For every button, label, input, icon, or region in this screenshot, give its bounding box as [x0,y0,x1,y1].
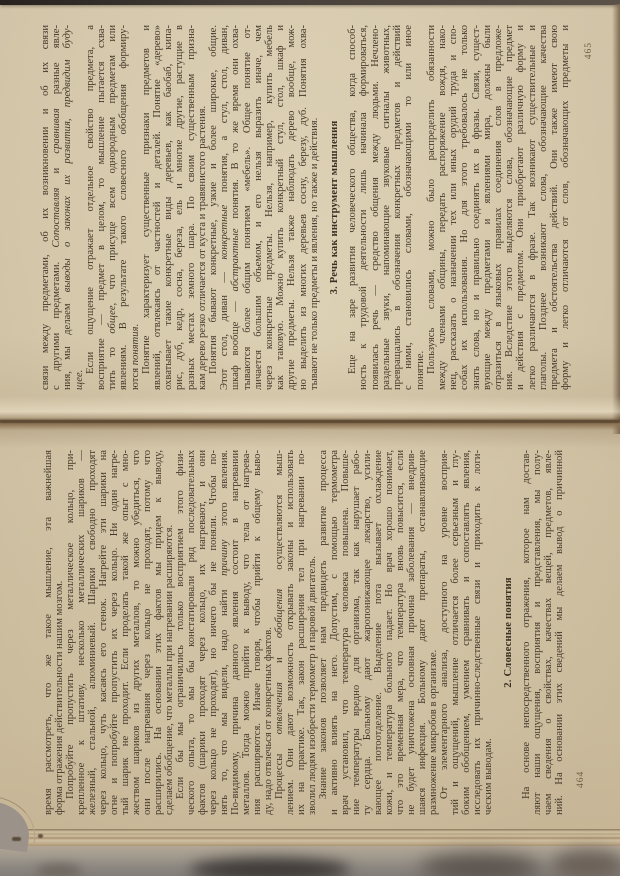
text-line: ние температуры вредно для организма, та… [351,450,362,815]
background-shadow-blob [190,858,350,876]
text-line: Если ощущение отражает отдельное свойств… [85,25,96,390]
text-line: ния расширяются. Иначе говоря, чтобы при… [252,450,263,815]
text-line: восприятие — предмет в целом, то мышлени… [96,25,107,390]
text-line: лением. Они дают возможность открывать з… [285,450,296,815]
text-line: ния. Вследствие этого выделяются слова, … [504,25,515,390]
text-line: нец, рассказать о назначении тех или ины… [448,25,459,390]
section-heading: 3. Речь как инструмент мышления [329,25,340,390]
text-line: ту сердца. Больному дают жаропонижающее … [362,450,373,815]
text-line: форма отражения действительности нашим м… [54,450,65,815]
text-line: предмета и обстоятельства действий. Они … [549,25,560,390]
text-line: металлов. Тогда можно прийти к выводу, ч… [241,450,252,815]
gutter-crease [0,420,620,423]
text-line: огне и попробуйте пропустить их через ко… [109,450,120,815]
background-shadow-blob [36,864,82,876]
text-line: они после нагревания через кольцо не про… [142,450,153,815]
text-line: время рассмотреть, что же такое мышление… [43,450,54,815]
book-photo: время рассмотреть, что же такое мышление… [0,0,620,876]
text-line: тить то общее, что присуще всем однородн… [107,25,118,390]
background-shadow-blob [552,850,620,876]
text-line: форму и легко отличаются от слов, обозна… [560,25,571,390]
text-line: ляют наши ощущения, восприятия и предста… [532,450,543,815]
text-line: крепленное к штативу, несколько металлич… [76,450,87,815]
text-line: явлений, отвлекаясь от частностей и дета… [152,25,163,390]
page-number-464: 464 [576,771,586,788]
text-line: кожи, и температура больного падает. Но … [384,450,395,815]
dirt-speck [38,834,43,838]
text-line: и действия с предметом. Они приобретают … [515,25,526,390]
text-line: размножение микробов в организме. [428,450,439,815]
text-line: ность к трудовой деятельности лишь начин… [358,25,369,390]
text-line: охватывает такие конкретные виды деревье… [163,25,174,390]
text-line: вающее потоотделение. Выделение пота выз… [373,450,384,815]
text-line: с ними, становились словами, обозначающи… [403,25,414,390]
text-line: тывают не только предметы и явления, но … [309,25,320,390]
text-line: рис, дуб, кедр, сосна, береза, ель и мно… [174,25,185,390]
text-line: и активно влиять на него. Допустим, с по… [329,450,340,815]
text-line: тываются более общим понятием «мебель». … [242,25,253,390]
text-line: Процессы отвлечения и обобщения осуществ… [274,450,285,815]
text-line: боким обобщением, умением сравнивать и с… [461,450,472,815]
text-line: отразиться в языковых правилах соединени… [493,25,504,390]
text-line: ческого опыта, то мы бы констатировали р… [186,450,197,815]
background-shadow-blob [420,854,540,876]
page-464-text: время рассмотреть, что же такое мышление… [43,450,565,815]
section-heading: 2. Словесные понятия [503,450,514,815]
text-line: Этот стол, диван — конкретные понятия, а… [219,25,230,390]
page-465-text: связи между предметами, об их возникнове… [40,25,571,390]
text-line: жеством шариков из других металлов, то м… [131,450,142,815]
text-line: ются понятия. [130,25,141,390]
text-line: легко различаются в фразе. Так возникают… [527,25,538,390]
text-line: ний. На основании этих сведений мы делае… [554,450,565,815]
text-line: через кольцо, чуть касаясь его стенок. Н… [98,450,109,815]
text-line: разных местах земного шара. По своим сущ… [186,25,197,390]
text-line: ду, надо отвлечься от конкретных фактов. [263,450,274,815]
text-line: чаем сведения о свойствах, качествах вещ… [543,450,554,815]
text-line: вующие между предметами и явлениями мира… [482,25,493,390]
text-line: через конкретные предметы. Нельзя, напри… [264,25,275,390]
text-line: врач установил, что температура человека… [340,450,351,815]
text-line: их на практике. Так, закон расширения те… [296,450,307,815]
text-line: шаяся инфекция. Больному дают препараты,… [417,450,428,815]
text-line: ческим выводам. [483,450,494,815]
text-line: зволил людям изобрести термометр и паров… [307,450,318,815]
text-line: раздельные звуки, напоминающие звуковые … [381,25,392,390]
text-line: Знание законов позволяет нам предвидеть … [318,450,329,815]
text-line: ния, мы делаем выводы о законах их разви… [62,25,73,390]
text-line: Если бы мы ограничились только восприяти… [175,450,186,815]
text-line: как таковую. Можно купить конкретный сту… [275,25,286,390]
text-line: собах их использования. Но для этого тре… [459,25,470,390]
page-number-465: 465 [584,42,594,120]
text-line: шкаф вообще — абстрактные понятия. В то … [230,25,241,390]
text-line: явлениям. В результате такого словесного… [118,25,129,390]
text-line: Понятие характеризует существенные призн… [141,25,152,390]
text-line: кам дерево резко отличается от куста и т… [197,25,208,390]
text-line: глаголы. Позднее возникают слова, обозна… [538,25,549,390]
text-line: превращались в обозначения конкретных пр… [392,25,403,390]
text-line: щее. [74,25,85,390]
text-line: исследовать их причинно-следственные свя… [472,450,483,815]
text-line: фактов (шарики проходят через кольцо, их… [197,450,208,815]
text-line: Попробуйте пропустить через металлическо… [65,450,76,815]
text-line: нять то, что мы видели, надо найти причи… [219,450,230,815]
text-line: Пользуясь словами, можно было распредели… [426,25,437,390]
text-line: но выделить из многих деревьев сосну, бе… [298,25,309,390]
text-line: По-видимому, причина данного явления сос… [230,450,241,815]
text-line: Еще на заре развития человеческого общес… [347,25,358,390]
text-line: с другими предметами. Сопоставляя и срав… [51,25,62,390]
text-line: тый шарик не проходит. Если проделать та… [120,450,131,815]
text-line: что это временная мера, что температура … [395,450,406,815]
dirt-speck [12,837,21,841]
text-line: железный, стальной, алюминиевый. Шарики … [87,450,98,815]
text-line: между членами общины, передать распоряже… [437,25,448,390]
text-line: От элементарного анализа, доступного на … [439,450,450,815]
text-line: тий и ощущений, мышление отличается боле… [450,450,461,815]
text-line: не будет уничтожена основная причина заб… [406,450,417,815]
text-line: через кольцо не проходят), но ничего бы … [208,450,219,815]
text-line: другие предметы. Нельзя также наблюдать … [286,25,297,390]
text-line: появилась речь — средство общения между … [370,25,381,390]
text-line: понятие. [415,25,426,390]
text-line: На основе непосредственного отражения, к… [521,450,532,815]
text-line: сделаем обобщение, что металлы при нагре… [164,450,175,815]
text-line: личается большим объемом, и его нельзя в… [253,25,264,390]
text-line: Понятия бывают конкретные, узкие и более… [208,25,219,390]
text-line: знать слова, но и правильно соединять их… [471,25,482,390]
page-stack-edge [0,829,620,846]
text-line: связи между предметами, об их возникнове… [40,25,51,390]
text-line: расширились. На основании этих фактов мы… [153,450,164,815]
